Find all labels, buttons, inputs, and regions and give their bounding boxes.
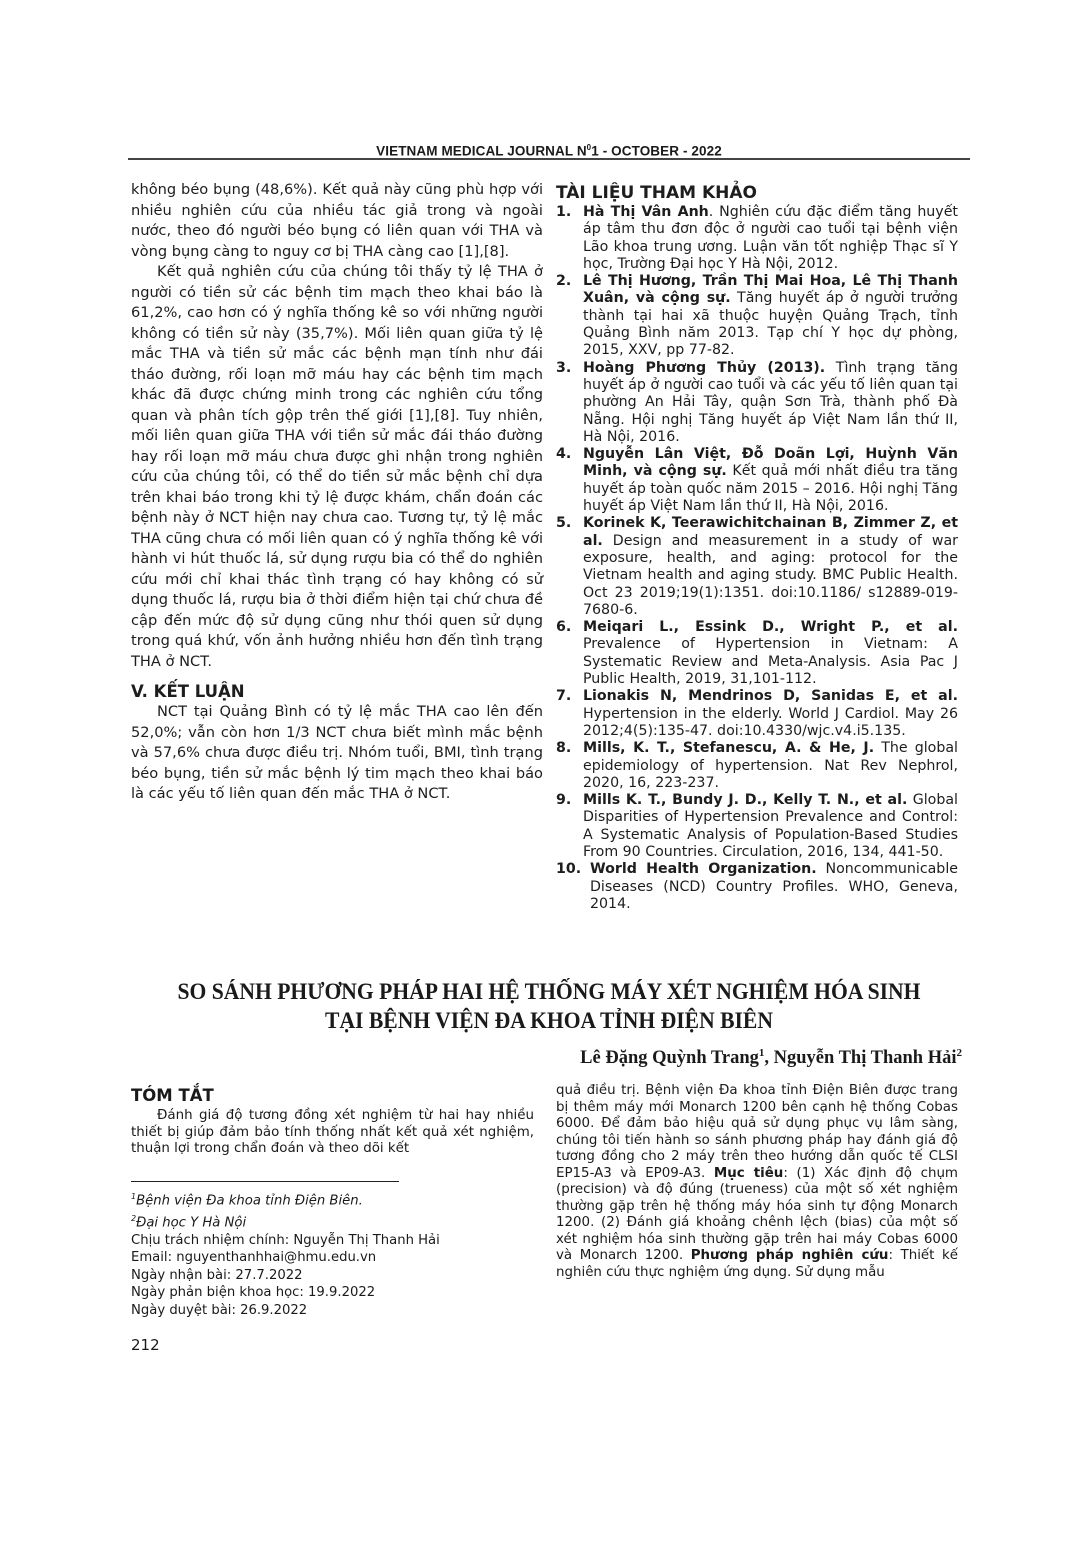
author-1: Lê Đặng Quỳnh Trang (580, 1048, 759, 1068)
reference-authors: Hoàng Phương Thủy (2013). (583, 360, 825, 376)
author-2-affiliation-mark: 2 (957, 1047, 963, 1059)
date-accepted: Ngày duyệt bài: 26.9.2022 (131, 1302, 534, 1320)
reference-number: 4. (556, 446, 571, 463)
reference-item: 7.Lionakis N, Mendrinos D, Sanidas E, et… (556, 688, 958, 740)
reference-number: 8. (556, 740, 571, 757)
reference-item: 2.Lê Thị Hương, Trần Thị Mai Hoa, Lê Thị… (556, 273, 958, 359)
reference-authors: Mills, K. T., Stefanescu, A. & He, J. (583, 740, 874, 756)
reference-item: 9.Mills K. T., Bundy J. D., Kelly T. N.,… (556, 792, 958, 861)
affiliation-1: 1Bệnh viện Đa khoa tỉnh Điện Biên. (131, 1188, 534, 1210)
reference-text: Hypertension in the elderly. World J Car… (583, 706, 958, 739)
author-separator: , (764, 1048, 773, 1068)
reference-text: Design and measurement in a study of war… (583, 533, 958, 618)
reference-item: 6.Meiqari L., Essink D., Wright P., et a… (556, 619, 958, 688)
footnote-rule (131, 1181, 399, 1182)
header-rule (128, 158, 970, 160)
journal-page: VIETNAM MEDICAL JOURNAL N01 - OCTOBER - … (0, 0, 1090, 1541)
affiliation-2: 2Đại học Y Hà Nội (131, 1210, 534, 1232)
reference-authors: Mills K. T., Bundy J. D., Kelly T. N., e… (583, 792, 907, 808)
reference-number: 1. (556, 204, 571, 221)
article-authors: Lê Đặng Quỳnh Trang1, Nguyễn Thị Thanh H… (580, 1047, 962, 1069)
left-column: không béo bụng (48,6%). Kết quả này cũng… (131, 180, 543, 805)
conclusion-paragraph: NCT tại Quảng Bình có tỷ lệ mắc THA cao … (131, 702, 543, 805)
reference-number: 10. (556, 861, 581, 878)
running-head-prefix: VIETNAM MEDICAL JOURNAL N (376, 144, 587, 159)
references-section: TÀI LIỆU THAM KHẢO 1.Hà Thị Vân Anh. Ngh… (556, 183, 958, 913)
abstract-right: quả điều trị. Bệnh viện Đa khoa tỉnh Điệ… (556, 1083, 958, 1281)
affiliation-2-text: Đại học Y Hà Nội (136, 1215, 246, 1230)
reference-authors: Lionakis N, Mendrinos D, Sanidas E, et a… (583, 688, 958, 704)
reference-text: Prevalence of Hypertension in Vietnam: A… (583, 636, 958, 687)
reference-authors: Hà Thị Vân Anh (583, 204, 709, 220)
reference-item: 8.Mills, K. T., Stefanescu, A. & He, J. … (556, 740, 958, 792)
methods-label: Phương pháp nghiên cứu (691, 1248, 889, 1263)
reference-authors: Meiqari L., Essink D., Wright P., et al. (583, 619, 958, 635)
objective-label: Mục tiêu (714, 1166, 783, 1181)
discussion-paragraph-2: Kết quả nghiên cứu của chúng tôi thấy tỷ… (131, 262, 543, 672)
reference-item: 3.Hoàng Phương Thủy (2013). Tình trạng t… (556, 360, 958, 446)
author-2: Nguyễn Thị Thanh Hải (774, 1048, 957, 1068)
date-reviewed: Ngày phản biện khoa học: 19.9.2022 (131, 1284, 534, 1302)
reference-number: 5. (556, 515, 571, 532)
date-received: Ngày nhận bài: 27.7.2022 (131, 1267, 534, 1285)
reference-number: 3. (556, 360, 571, 377)
reference-number: 7. (556, 688, 571, 705)
abstract-paragraph-start: Đánh giá độ tương đồng xét nghiệm từ hai… (131, 1108, 534, 1158)
corresponding-email: Email: nguyenthanhhai@hmu.edu.vn (131, 1249, 534, 1267)
discussion-paragraph-1: không béo bụng (48,6%). Kết quả này cũng… (131, 180, 543, 262)
references-heading: TÀI LIỆU THAM KHẢO (556, 183, 958, 204)
reference-number: 6. (556, 619, 571, 636)
reference-authors: World Health Organization. (590, 861, 817, 877)
conclusion-heading: V. KẾT LUẬN (131, 681, 543, 702)
article-title-line-2: TẠI BỆNH VIỆN ĐA KHOA TỈNH ĐIỆN BIÊN (162, 1007, 937, 1036)
footnotes: 1Bệnh viện Đa khoa tỉnh Điện Biên. 2Đại … (131, 1188, 534, 1319)
reference-number: 9. (556, 792, 571, 809)
corresponding-author: Chịu trách nhiệm chính: Nguyễn Thị Thanh… (131, 1232, 534, 1250)
reference-item: 10.World Health Organization. Noncommuni… (556, 861, 958, 913)
abstract-heading: TÓM TẮT (131, 1086, 534, 1106)
reference-number: 2. (556, 273, 571, 290)
page-number: 212 (131, 1336, 160, 1354)
abstract-left: TÓM TẮT Đánh giá độ tương đồng xét nghiệ… (131, 1086, 534, 1158)
reference-item: 4.Nguyễn Lân Việt, Đỗ Doãn Lợi, Huỳnh Vă… (556, 446, 958, 515)
references-list: 1.Hà Thị Vân Anh. Nghiên cứu đặc điểm tă… (556, 204, 958, 913)
running-head-suffix: 1 - OCTOBER - 2022 (591, 144, 722, 159)
reference-item: 5.Korinek K, Teerawichitchainan B, Zimme… (556, 515, 958, 619)
running-head: VIETNAM MEDICAL JOURNAL N01 - OCTOBER - … (128, 143, 970, 159)
article-title-line-1: SO SÁNH PHƯƠNG PHÁP HAI HỆ THỐNG MÁY XÉT… (162, 978, 937, 1007)
affiliation-1-text: Bệnh viện Đa khoa tỉnh Điện Biên. (136, 1193, 363, 1208)
article-title: SO SÁNH PHƯƠNG PHÁP HAI HỆ THỐNG MÁY XÉT… (162, 978, 937, 1036)
reference-item: 1.Hà Thị Vân Anh. Nghiên cứu đặc điểm tă… (556, 204, 958, 273)
